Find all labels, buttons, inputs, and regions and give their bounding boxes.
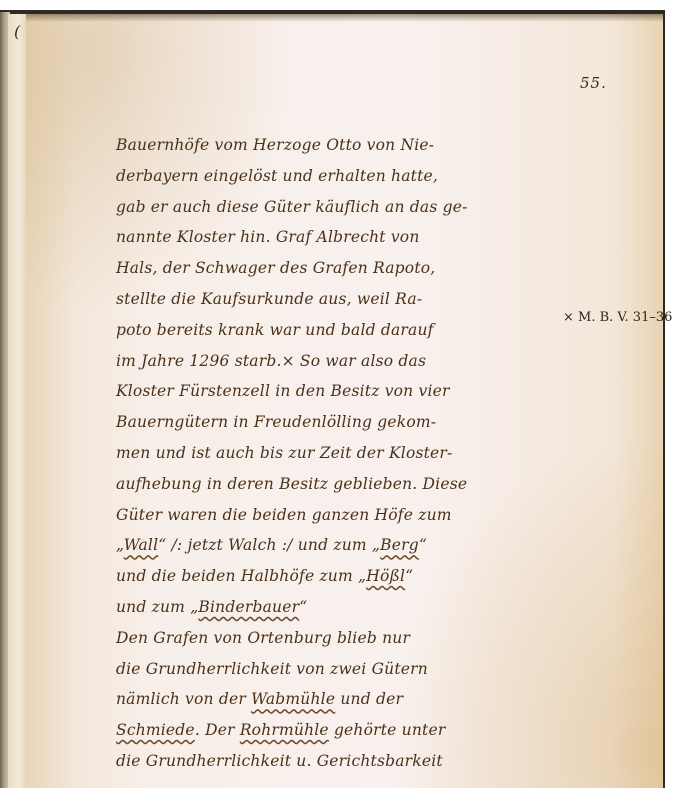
underlined-word: Schmiede: [116, 721, 195, 739]
page-shadow: [26, 14, 663, 22]
text-line: Bauernhöfe vom Herzoge Otto von Nie-: [116, 130, 556, 161]
underlined-word: Wall: [124, 536, 159, 554]
text-line: Kloster Fürstenzell in den Besitz von vi…: [116, 376, 556, 407]
page-number: 55.: [580, 74, 607, 92]
spine-mark: (: [14, 22, 20, 41]
text-line: aufhebung in deren Besitz geblieben. Die…: [116, 469, 556, 500]
text-line: und zum „Binderbauer“: [116, 592, 556, 623]
text-line: poto bereits krank war und bald darauf: [116, 315, 556, 346]
margin-note-citation: × M. B. V. 31–36: [563, 310, 672, 325]
underlined-word: Berg: [380, 536, 419, 554]
text-line: die Grundherrlichkeit von zwei Gütern: [116, 654, 556, 685]
text-line: gab er auch diese Güter käuflich an das …: [116, 192, 556, 223]
underlined-word: Binderbauer: [198, 598, 299, 616]
text-line: Hals, der Schwager des Grafen Rapoto,: [116, 253, 556, 284]
text-line: die Grundherrlichkeit u. Gerichtsbarkeit: [116, 746, 556, 777]
text-line: im Jahre 1296 starb.× So war also das: [116, 346, 556, 377]
text-line: stellte die Kaufsurkunde aus, weil Ra-: [116, 284, 556, 315]
text-line: men und ist auch bis zur Zeit der Kloste…: [116, 438, 556, 469]
text-line: nannte Kloster hin. Graf Albrecht von: [116, 222, 556, 253]
text-line: Schmiede. Der Rohrmühle gehörte unter: [116, 715, 556, 746]
text-line: Güter waren die beiden ganzen Höfe zum: [116, 500, 556, 531]
underlined-word: Wabmühle: [251, 690, 335, 708]
previous-page-edge: [8, 14, 27, 788]
text-line: und die beiden Halbhöfe zum „Hößl“: [116, 561, 556, 592]
handwritten-text-block: Bauernhöfe vom Herzoge Otto von Nie- der…: [116, 130, 556, 777]
underlined-word: Hößl: [366, 567, 405, 585]
text-line: „Wall“ /: jetzt Walch :/ und zum „Berg“: [116, 530, 556, 561]
text-line: nämlich von der Wabmühle und der: [116, 684, 556, 715]
text-line: Bauerngütern in Freudenlölling gekom-: [116, 407, 556, 438]
text-line: derbayern eingelöst und erhalten hatte,: [116, 161, 556, 192]
underlined-word: Rohrmühle: [240, 721, 329, 739]
text-line: Den Grafen von Ortenburg blieb nur: [116, 623, 556, 654]
